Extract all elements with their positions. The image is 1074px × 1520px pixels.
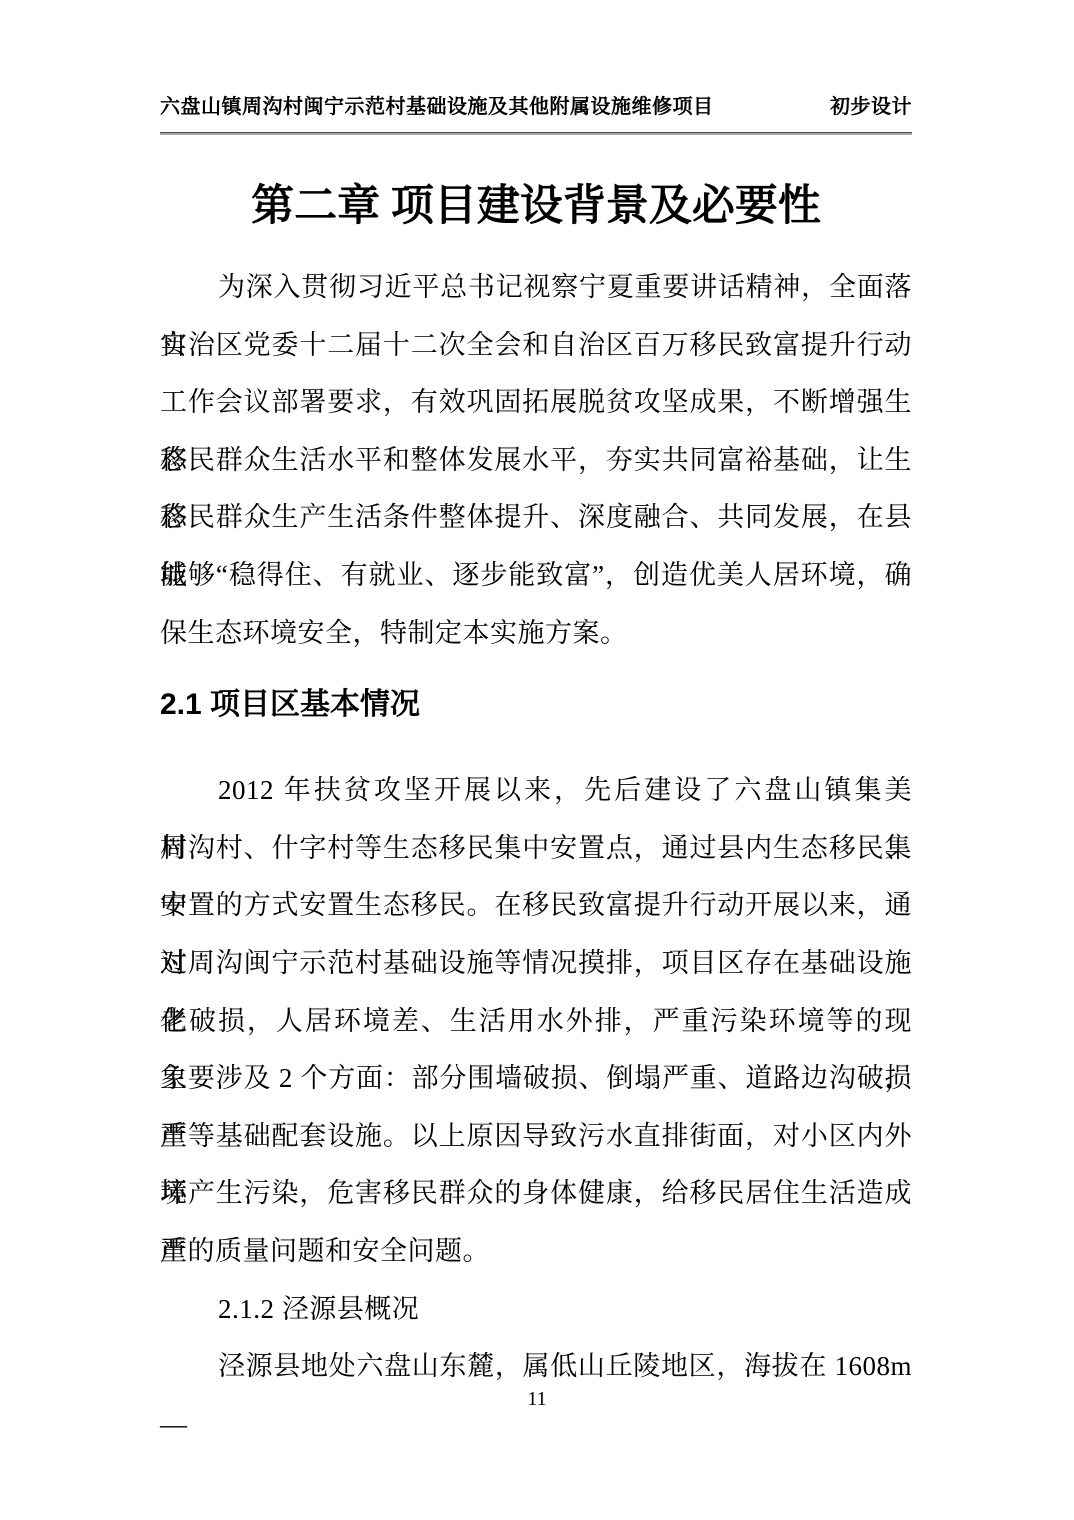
document-page: 六盘山镇周沟村闽宁示范村基础设施及其他附属设施维修项目 初步设计 第二章 项目建… xyxy=(0,0,1074,1520)
subsection-heading-2-1-2: 2.1.2 泾源县概况 xyxy=(160,1281,912,1339)
text-line: 周沟村、什字村等生态移民集中安置点，通过县内生态移民集中 xyxy=(160,820,912,878)
text-line: 为深入贯彻习近平总书记视察宁夏重要讲话精神，全面落实 xyxy=(160,259,912,317)
text-line: 重的质量问题和安全问题。 xyxy=(160,1223,912,1281)
text-line: 化破损，人居环境差、生活用水外排，严重污染环境等的现象， xyxy=(160,993,912,1051)
text-line: 能够“稳得住、有就业、逐步能致富”，创造优美人居环境，确 xyxy=(160,547,912,605)
text-line: 主要涉及 2 个方面：部分围墙破损、倒塌严重、道路边沟破损严 xyxy=(160,1050,912,1108)
header-project-title: 六盘山镇周沟村闽宁示范村基础设施及其他附属设施维修项目 xyxy=(160,90,714,119)
header-doc-type: 初步设计 xyxy=(830,90,912,119)
running-header: 六盘山镇周沟村闽宁示范村基础设施及其他附属设施维修项目 初步设计 xyxy=(160,0,912,119)
text-line: 移民群众生活水平和整体发展水平，夯实共同富裕基础，让生态 xyxy=(160,432,912,490)
text-line: 工作会议部署要求，有效巩固拓展脱贫攻坚成果，不断增强生态 xyxy=(160,374,912,432)
text-line: 2012 年扶贫攻坚开展以来，先后建设了六盘山镇集美村、 xyxy=(160,762,912,820)
section-heading-2-1: 2.1 项目区基本情况 xyxy=(160,684,912,726)
text-line: 安置的方式安置生态移民。在移民致富提升行动开展以来，通过 xyxy=(160,877,912,935)
page-number: 11 xyxy=(0,1388,1074,1410)
text-line: 自治区党委十二届十二次全会和自治区百万移民致富提升行动 xyxy=(160,317,912,375)
text-line: 重等基础配套设施。以上原因导致污水直排街面，对小区内外环 xyxy=(160,1108,912,1166)
section-2-1-paragraph: 2012 年扶贫攻坚开展以来，先后建设了六盘山镇集美村、周沟村、什字村等生态移民… xyxy=(160,762,912,1280)
text-line: 境产生污染，危害移民群众的身体健康，给移民居住生活造成严 xyxy=(160,1165,912,1223)
chapter-title: 第二章 项目建设背景及必要性 xyxy=(160,179,912,235)
header-divider-rule xyxy=(160,132,912,135)
intro-paragraph: 为深入贯彻习近平总书记视察宁夏重要讲话精神，全面落实自治区党委十二届十二次全会和… xyxy=(160,259,912,662)
text-line: 保生态环境安全，特制定本实施方案。 xyxy=(160,605,912,663)
text-line: 移民群众生产生活条件整体提升、深度融合、共同发展，在县城 xyxy=(160,489,912,547)
text-line: 对周沟闽宁示范村基础设施等情况摸排，项目区存在基础设施老 xyxy=(160,935,912,993)
